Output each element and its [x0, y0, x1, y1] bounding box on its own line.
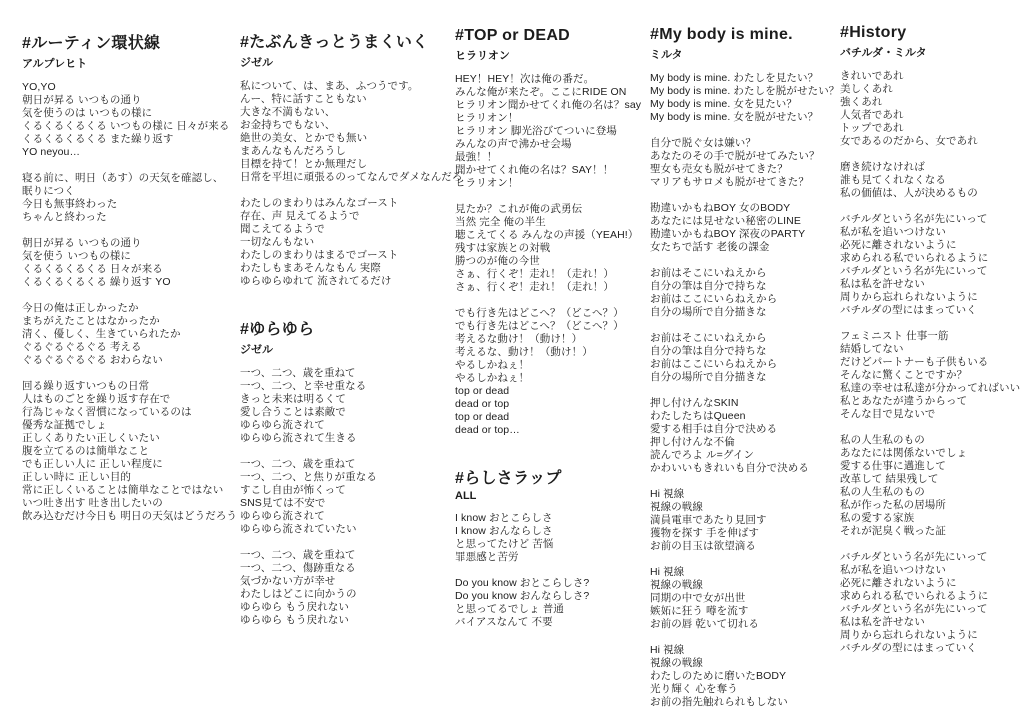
- lyric-line: 飲み込むだけ今日も 明日の天気はどうだろう: [22, 510, 237, 523]
- lyric-line: Hi 視線: [650, 644, 839, 657]
- lyric-line: すこし自由が怖くって: [240, 484, 463, 497]
- lyric-line: 絶世の美女、とかでも無い: [240, 132, 463, 145]
- lyric-line: 誰も見てくれなくなる: [840, 174, 1020, 187]
- lyric-line: みんな俺が来たぞ。ここにRIDE ON: [455, 86, 641, 99]
- lyric-line: SNS見ては不安で: [240, 497, 463, 510]
- lyrics-column-2: #たぶんきっとうまくいくジゼル私について、は、まあ、ふつうです。んー、特に話すこ…: [240, 29, 463, 627]
- lyric-line: やるしかねぇ！: [455, 359, 641, 372]
- lyrics-column-1: #ルーティン環状線アルプレヒトYO,YO朝日が昇る いつもの通り気を使うのは い…: [22, 30, 237, 523]
- lyric-line: 私について、は、まあ、ふつうです。: [240, 80, 463, 93]
- stanza: お前はそこにいねえから自分の筆は自分で持ちなお前はここにいらねえから自分の場所で…: [650, 332, 839, 384]
- lyric-line: dead or top: [455, 398, 641, 411]
- stanza: My body is mine. わたしを見たい？My body is mine…: [650, 72, 839, 124]
- stanza: 私の人生私のものあなたには関係ないでしょ愛する仕事に邁進して改革して 結果残して…: [840, 434, 1020, 538]
- lyric-line: お金持ちでもない、: [240, 119, 463, 132]
- stanza: 勘違いかもねBOY 女のBODYあなたには見せない秘密のLINE勘違いかもねBO…: [650, 202, 839, 254]
- lyric-line: 視線の戦線: [650, 501, 839, 514]
- lyric-line: 私の愛する家族: [840, 512, 1020, 525]
- lyric-line: My body is mine. 女を見たい？: [650, 98, 839, 111]
- lyric-line: 女であるのだから、女であれ: [840, 135, 1020, 148]
- lyric-line: 朝日が昇る いつもの通り: [22, 237, 237, 250]
- lyric-line: 腹を立てるのは簡単なこと: [22, 445, 237, 458]
- stanza: 寝る前に、明日（あす）の天気を確認し、眠りにつく今日も無事終わったちゃんと終わっ…: [22, 172, 237, 224]
- lyric-line: 清く、優しく、生きていられたか: [22, 328, 237, 341]
- lyric-line: ゆらゆら流されて生きる: [240, 432, 463, 445]
- song-artist: バチルダ・ミルタ: [840, 44, 1020, 60]
- lyrics-column-3: #TOP or DEADヒラリオンHEY！HEY！次は俺の番だ。みんな俺が来たぞ…: [455, 27, 641, 629]
- stanza: お前はそこにいねえから自分の筆は自分で持ちなお前はここにいらねえから自分の場所で…: [650, 267, 839, 319]
- lyric-line: 押し付けんなSKIN: [650, 397, 839, 410]
- lyric-line: やるしかねぇ！: [455, 372, 641, 385]
- lyric-line: ゆらゆら流されていたい: [240, 523, 463, 536]
- lyric-line: 私が私を追いつけない: [840, 226, 1020, 239]
- lyric-line: I know おとこらしさ: [455, 512, 641, 525]
- lyric-line: くるくるくるくる 日々が来る: [22, 263, 237, 276]
- stanza: 一つ、二つ、歳を重ねて一つ、二つ、傷跡重なる気づかない方が幸せわたしはどこに向か…: [240, 549, 463, 627]
- lyric-line: top or dead: [455, 385, 641, 398]
- song-title: #History: [840, 24, 1020, 42]
- lyric-line: 人気者であれ: [840, 109, 1020, 122]
- lyric-line: と思ってるでしょ 普通: [455, 603, 641, 616]
- lyric-line: Hi 視線: [650, 488, 839, 501]
- lyric-line: 同期の中で女が出世: [650, 592, 839, 605]
- lyric-line: くるくるくるくる いつもの様に 日々が来る: [22, 120, 237, 133]
- lyric-line: 気を使うのは いつもの様に: [22, 107, 237, 120]
- lyric-line: 一つ、二つ、歳を重ねて: [240, 458, 463, 471]
- lyric-line: お前の指先触れられもしない: [650, 696, 839, 709]
- lyric-line: 一つ、二つ、傷跡重なる: [240, 562, 463, 575]
- lyric-line: 改革して 結果残して: [840, 473, 1020, 486]
- lyric-line: 愛し合うことは素敵で: [240, 406, 463, 419]
- lyric-line: バチルダという名が先にいって: [840, 603, 1020, 616]
- lyric-line: 愛する仕事に邁進して: [840, 460, 1020, 473]
- song: #Historyバチルダ・ミルタきれいであれ美しくあれ強くあれ人気者であれトップ…: [840, 24, 1020, 655]
- lyric-line: 聴こえてくる みんなの声援（YEAH!）: [455, 229, 641, 242]
- song-title: #たぶんきっとうまくいく: [240, 29, 463, 52]
- lyric-line: ヒラリオン 脚光浴びてついに登場: [455, 125, 641, 138]
- stanza: 私について、は、まあ、ふつうです。んー、特に話すこともない大きな不満もない、お金…: [240, 80, 463, 184]
- lyric-line: 私は私を許せない: [840, 616, 1020, 629]
- lyric-line: 当然 完全 俺の半生: [455, 216, 641, 229]
- lyric-line: 女たちで話す 老後の課金: [650, 241, 839, 254]
- lyric-line: 私の人生私のもの: [840, 486, 1020, 499]
- lyric-line: わたしのために磨いたBODY: [650, 670, 839, 683]
- lyric-line: バチルダという名が先にいって: [840, 265, 1020, 278]
- stanza: フェミニスト 仕事一筋結婚してないだけどパートナーも子供もいるそんなに驚くことで…: [840, 330, 1020, 421]
- song-artist: ジゼル: [240, 341, 463, 357]
- stanza: バチルダという名が先にいって私が私を追いつけない必死に離されないように求められる…: [840, 551, 1020, 655]
- lyric-line: きっと未来は明るくて: [240, 393, 463, 406]
- lyric-line: 優秀な証拠でしょ: [22, 419, 237, 432]
- lyric-line: 今日も無事終わった: [22, 198, 237, 211]
- stanza: 今日の俺は正しかったかまちがえたことはなかったか清く、優しく、生きていられたかぐ…: [22, 302, 237, 367]
- lyric-line: 一つ、二つ、と幸せ重なる: [240, 380, 463, 393]
- lyric-line: 私の価値は、人が決めるもの: [840, 187, 1020, 200]
- lyric-line: 今日の俺は正しかったか: [22, 302, 237, 315]
- lyric-line: トップであれ: [840, 122, 1020, 135]
- lyrics-column-4: #My body is mine.ミルタMy body is mine. わたし…: [650, 26, 839, 709]
- stanza: 磨き続けなければ誰も見てくれなくなる私の価値は、人が決めるもの: [840, 161, 1020, 200]
- lyric-line: あなたには関係ないでしょ: [840, 447, 1020, 460]
- lyric-line: 一つ、二つ、歳を重ねて: [240, 367, 463, 380]
- lyric-line: 私とあなたが違うからって: [840, 395, 1020, 408]
- lyric-line: YO neyou…: [22, 146, 237, 159]
- song-artist: ミルタ: [650, 46, 839, 62]
- lyric-line: 美しくあれ: [840, 83, 1020, 96]
- stanza: 押し付けんなSKINわたしたちはQueen愛する相手は自分で決める押し付けんな不…: [650, 397, 839, 475]
- lyric-line: My body is mine. わたしを見たい？: [650, 72, 839, 85]
- song-title: #TOP or DEAD: [455, 27, 641, 45]
- stanza: 見たか？これが俺の武勇伝当然 完全 俺の半生聴こえてくる みんなの声援（YEAH…: [455, 203, 641, 294]
- lyric-line: 私が私を追いつけない: [840, 564, 1020, 577]
- lyric-line: 満員電車であたり見回す: [650, 514, 839, 527]
- lyric-line: まあんなもんだろうし: [240, 145, 463, 158]
- lyric-line: 自分の場所で自分描きな: [650, 371, 839, 384]
- lyric-line: 私達の幸せは私達が分かってればいい: [840, 382, 1020, 395]
- lyric-line: 獲物を探す 手を伸ばす: [650, 527, 839, 540]
- lyric-line: 視線の戦線: [650, 657, 839, 670]
- lyric-line: 周りから忘れられないように: [840, 629, 1020, 642]
- stanza: Do you know おとこらしさ?Do you know おんならしさ?と思…: [455, 577, 641, 629]
- lyric-line: 勘違いかもねBOY 深夜のPARTY: [650, 228, 839, 241]
- stanza: でも行き先はどこへ？（どこへ？）でも行き先はどこへ？（どこへ？）考えるな動け！（…: [455, 307, 641, 437]
- lyric-line: 押し付けんな不倫: [650, 436, 839, 449]
- lyric-line: 必死に離されないように: [840, 577, 1020, 590]
- lyric-line: 勝つのが俺の今世: [455, 255, 641, 268]
- lyric-line: みんなの声で沸かせ会場: [455, 138, 641, 151]
- lyric-line: お前の目玉は欲望滴る: [650, 540, 839, 553]
- song-artist: ジゼル: [240, 54, 463, 70]
- lyric-line: 朝日が昇る いつもの通り: [22, 94, 237, 107]
- lyric-line: お前はそこにいねえから: [650, 267, 839, 280]
- lyric-line: 私の人生私のもの: [840, 434, 1020, 447]
- lyric-line: 嫉妬に狂う 噂を流す: [650, 605, 839, 618]
- stanza: HEY！HEY！次は俺の番だ。みんな俺が来たぞ。ここにRIDE ONヒラリオン聞…: [455, 73, 641, 190]
- lyric-line: 自分で脱ぐ女は嫌い？: [650, 137, 839, 150]
- lyric-line: マリアもサロメも脱がせてきた？: [650, 176, 839, 189]
- lyric-line: バイアスなんて 不要: [455, 616, 641, 629]
- stanza: わたしのまわりはみんなゴースト存在、声 見えてるようで聞こえてるようで一切なんも…: [240, 197, 463, 288]
- lyric-line: 眠りにつく: [22, 185, 237, 198]
- lyric-line: 聖女も売女も脱がせてきた？: [650, 163, 839, 176]
- lyric-line: 一つ、二つ、歳を重ねて: [240, 549, 463, 562]
- lyric-line: 考えるな、動け！（動け！）: [455, 346, 641, 359]
- lyric-line: と思ってたけど 苦悩: [455, 538, 641, 551]
- stanza: 一つ、二つ、歳を重ねて一つ、二つ、と幸せ重なるきっと未来は明るくて愛し合うことは…: [240, 367, 463, 445]
- lyric-line: 結婚してない: [840, 343, 1020, 356]
- lyric-line: 最強！！: [455, 151, 641, 164]
- lyric-line: 聞こえてるようで: [240, 223, 463, 236]
- lyric-line: バチルダの型にはまっていく: [840, 642, 1020, 655]
- lyric-line: お前の唇 乾いて切れる: [650, 618, 839, 631]
- lyric-line: そんな目で見ないで: [840, 408, 1020, 421]
- stanza: 朝日が昇る いつもの通り気を使う いつもの様にくるくるくるくる 日々が来るくるく…: [22, 237, 237, 289]
- lyric-line: ゆらゆら流されて: [240, 510, 463, 523]
- lyric-line: 日常を平坦に頑張るのってなんでダメなんだろ: [240, 171, 463, 184]
- song-title: #ゆらゆら: [240, 316, 463, 339]
- lyric-line: 愛する相手は自分で決める: [650, 423, 839, 436]
- lyric-line: お前はここにいらねえから: [650, 293, 839, 306]
- lyric-line: わたしのまわりはまるでゴースト: [240, 249, 463, 262]
- lyrics-column-5: #Historyバチルダ・ミルタきれいであれ美しくあれ強くあれ人気者であれトップ…: [840, 24, 1020, 655]
- lyric-line: バチルダという名が先にいって: [840, 551, 1020, 564]
- lyric-line: 寝る前に、明日（あす）の天気を確認し、: [22, 172, 237, 185]
- lyric-line: Do you know おとこらしさ?: [455, 577, 641, 590]
- lyric-line: あなたのその手で脱がせてみたい？: [650, 150, 839, 163]
- lyric-line: 人はものごとを繰り返す存在で: [22, 393, 237, 406]
- lyric-line: わたしのまわりはみんなゴースト: [240, 197, 463, 210]
- lyric-line: んー、特に話すこともない: [240, 93, 463, 106]
- lyric-line: ちゃんと終わった: [22, 211, 237, 224]
- lyric-line: top or dead: [455, 411, 641, 424]
- lyric-line: 求められる私でいられるように: [840, 252, 1020, 265]
- song: #たぶんきっとうまくいくジゼル私について、は、まあ、ふつうです。んー、特に話すこ…: [240, 29, 463, 288]
- lyrics-sheet: #ルーティン環状線アルプレヒトYO,YO朝日が昇る いつもの通り気を使うのは い…: [0, 0, 1024, 724]
- lyric-line: Hi 視線: [650, 566, 839, 579]
- song: #TOP or DEADヒラリオンHEY！HEY！次は俺の番だ。みんな俺が来たぞ…: [455, 27, 641, 437]
- lyric-line: 光り輝く 心を奪う: [650, 683, 839, 696]
- lyric-line: 残すは家族との対戦: [455, 242, 641, 255]
- lyric-line: 考えるな動け！（動け！）: [455, 333, 641, 346]
- lyric-line: 視線の戦線: [650, 579, 839, 592]
- stanza: Hi 視線視線の戦線同期の中で女が出世嫉妬に狂う 噂を流すお前の唇 乾いて切れる: [650, 566, 839, 631]
- lyric-line: くるくるくるくる また繰り返す: [22, 133, 237, 146]
- lyric-line: バチルダという名が先にいって: [840, 213, 1020, 226]
- lyric-line: ゆらゆら もう戻れない: [240, 601, 463, 614]
- lyric-line: かわいいもきれいも自分で決める: [650, 462, 839, 475]
- stanza: Hi 視線視線の戦線満員電車であたり見回す獲物を探す 手を伸ばすお前の目玉は欲望…: [650, 488, 839, 553]
- lyric-line: さぁ、行くぞ！走れ！（走れ！）: [455, 268, 641, 281]
- lyric-line: そんなに驚くことですか？: [840, 369, 1020, 382]
- lyric-line: 求められる私でいられるように: [840, 590, 1020, 603]
- lyric-line: きれいであれ: [840, 70, 1020, 83]
- lyric-line: My body is mine. 女を脱がせたい？: [650, 111, 839, 124]
- lyric-line: でも行き先はどこへ？（どこへ？）: [455, 320, 641, 333]
- lyric-line: 行為じゃなく習慣になっているのは: [22, 406, 237, 419]
- lyric-line: いつ吐き出す 吐き出したいの: [22, 497, 237, 510]
- lyric-line: 気を使う いつもの様に: [22, 250, 237, 263]
- lyric-line: 周りから忘れられないように: [840, 291, 1020, 304]
- song: #My body is mine.ミルタMy body is mine. わたし…: [650, 26, 839, 709]
- lyric-line: 回る繰り返すいつもの日常: [22, 380, 237, 393]
- lyric-line: でも行き先はどこへ？（どこへ？）: [455, 307, 641, 320]
- lyric-line: 自分の筆は自分で持ちな: [650, 345, 839, 358]
- lyric-line: 自分の場所で自分描きな: [650, 306, 839, 319]
- lyric-line: お前はここにいらねえから: [650, 358, 839, 371]
- lyric-line: ぐるぐるぐるぐる 考える: [22, 341, 237, 354]
- lyric-line: 気づかない方が幸せ: [240, 575, 463, 588]
- lyric-line: でも正しい人に 正しい程度に: [22, 458, 237, 471]
- song-title: #らしさラップ: [455, 465, 641, 488]
- lyric-line: 聞かせてくれ俺の名は？SAY！！: [455, 164, 641, 177]
- song-title: #My body is mine.: [650, 26, 839, 44]
- lyric-line: 強くあれ: [840, 96, 1020, 109]
- lyric-line: それが泥臭く戦った証: [840, 525, 1020, 538]
- lyric-line: 私は私を許せない: [840, 278, 1020, 291]
- song-title: #ルーティン環状線: [22, 30, 237, 53]
- lyric-line: 一つ、二つ、と焦りが重なる: [240, 471, 463, 484]
- lyric-line: さぁ、行くぞ！走れ！（走れ！）: [455, 281, 641, 294]
- lyric-line: 常に正しくいることは簡単なことではない: [22, 484, 237, 497]
- stanza: きれいであれ美しくあれ強くあれ人気者であれトップであれ女であるのだから、女であれ: [840, 70, 1020, 148]
- lyric-line: まちがえたことはなかったか: [22, 315, 237, 328]
- stanza: I know おとこらしさI know おんならしさと思ってたけど 苦悩罪悪感と…: [455, 512, 641, 564]
- lyric-line: 私が作った私の居場所: [840, 499, 1020, 512]
- stanza: 一つ、二つ、歳を重ねて一つ、二つ、と焦りが重なるすこし自由が怖くってSNS見ては…: [240, 458, 463, 536]
- lyric-line: ゆらゆら もう戻れない: [240, 614, 463, 627]
- lyric-line: 磨き続けなければ: [840, 161, 1020, 174]
- lyric-line: 目標を持て！とか無理だし: [240, 158, 463, 171]
- song-artist: ヒラリオン: [455, 47, 641, 63]
- lyric-line: 正しくありたい正しくいたい: [22, 432, 237, 445]
- lyric-line: ぐるぐるぐるぐる おわらない: [22, 354, 237, 367]
- lyric-line: バチルダの型にはまっていく: [840, 304, 1020, 317]
- lyric-line: わたしたちはQueen: [650, 410, 839, 423]
- song: #ゆらゆらジゼル一つ、二つ、歳を重ねて一つ、二つ、と幸せ重なるきっと未来は明るく…: [240, 316, 463, 627]
- lyric-line: 一切なんもない: [240, 236, 463, 249]
- lyric-line: 勘違いかもねBOY 女のBODY: [650, 202, 839, 215]
- stanza: Hi 視線視線の戦線わたしのために磨いたBODY光り輝く 心を奪うお前の指先触れ…: [650, 644, 839, 709]
- song: #ルーティン環状線アルプレヒトYO,YO朝日が昇る いつもの通り気を使うのは い…: [22, 30, 237, 523]
- lyric-line: あなたには見せない秘密のLINE: [650, 215, 839, 228]
- lyric-line: Do you know おんならしさ?: [455, 590, 641, 603]
- lyric-line: 正しい時に 正しい目的: [22, 471, 237, 484]
- stanza: 回る繰り返すいつもの日常人はものごとを繰り返す存在で行為じゃなく習慣になっている…: [22, 380, 237, 523]
- lyric-line: わたしもまあそんなもん 実際: [240, 262, 463, 275]
- lyric-line: わたしはどこに向かうの: [240, 588, 463, 601]
- lyric-line: だけどパートナーも子供もいる: [840, 356, 1020, 369]
- song-artist: ALL: [455, 490, 641, 502]
- lyric-line: ゆらゆらゆれて 流されてるだけ: [240, 275, 463, 288]
- lyric-line: ヒラリオン！: [455, 112, 641, 125]
- stanza: YO,YO朝日が昇る いつもの通り気を使うのは いつもの様にくるくるくるくる い…: [22, 81, 237, 159]
- lyric-line: お前はそこにいねえから: [650, 332, 839, 345]
- lyric-line: 見たか？これが俺の武勇伝: [455, 203, 641, 216]
- song-artist: アルプレヒト: [22, 55, 237, 71]
- lyric-line: ヒラリオン聞かせてくれ俺の名は？say: [455, 99, 641, 112]
- lyric-line: くるくるくるくる 繰り返す YO: [22, 276, 237, 289]
- song: #らしさラップALLI know おとこらしさI know おんならしさと思って…: [455, 465, 641, 629]
- lyric-line: 自分の筆は自分で持ちな: [650, 280, 839, 293]
- stanza: 自分で脱ぐ女は嫌い？あなたのその手で脱がせてみたい？聖女も売女も脱がせてきた？マ…: [650, 137, 839, 189]
- lyric-line: 必死に離されないように: [840, 239, 1020, 252]
- lyric-line: ゆらゆら流されて: [240, 419, 463, 432]
- lyric-line: 大きな不満もない、: [240, 106, 463, 119]
- lyric-line: HEY！HEY！次は俺の番だ。: [455, 73, 641, 86]
- stanza: バチルダという名が先にいって私が私を追いつけない必死に離されないように求められる…: [840, 213, 1020, 317]
- lyric-line: 読んでろよ ル=グイン: [650, 449, 839, 462]
- lyric-line: 罪悪感と苦労: [455, 551, 641, 564]
- lyric-line: 存在、声 見えてるようで: [240, 210, 463, 223]
- lyric-line: My body is mine. わたしを脱がせたい？: [650, 85, 839, 98]
- lyric-line: YO,YO: [22, 81, 237, 94]
- lyric-line: dead or top…: [455, 424, 641, 437]
- lyric-line: フェミニスト 仕事一筋: [840, 330, 1020, 343]
- lyric-line: I know おんならしさ: [455, 525, 641, 538]
- lyric-line: ヒラリオン！: [455, 177, 641, 190]
